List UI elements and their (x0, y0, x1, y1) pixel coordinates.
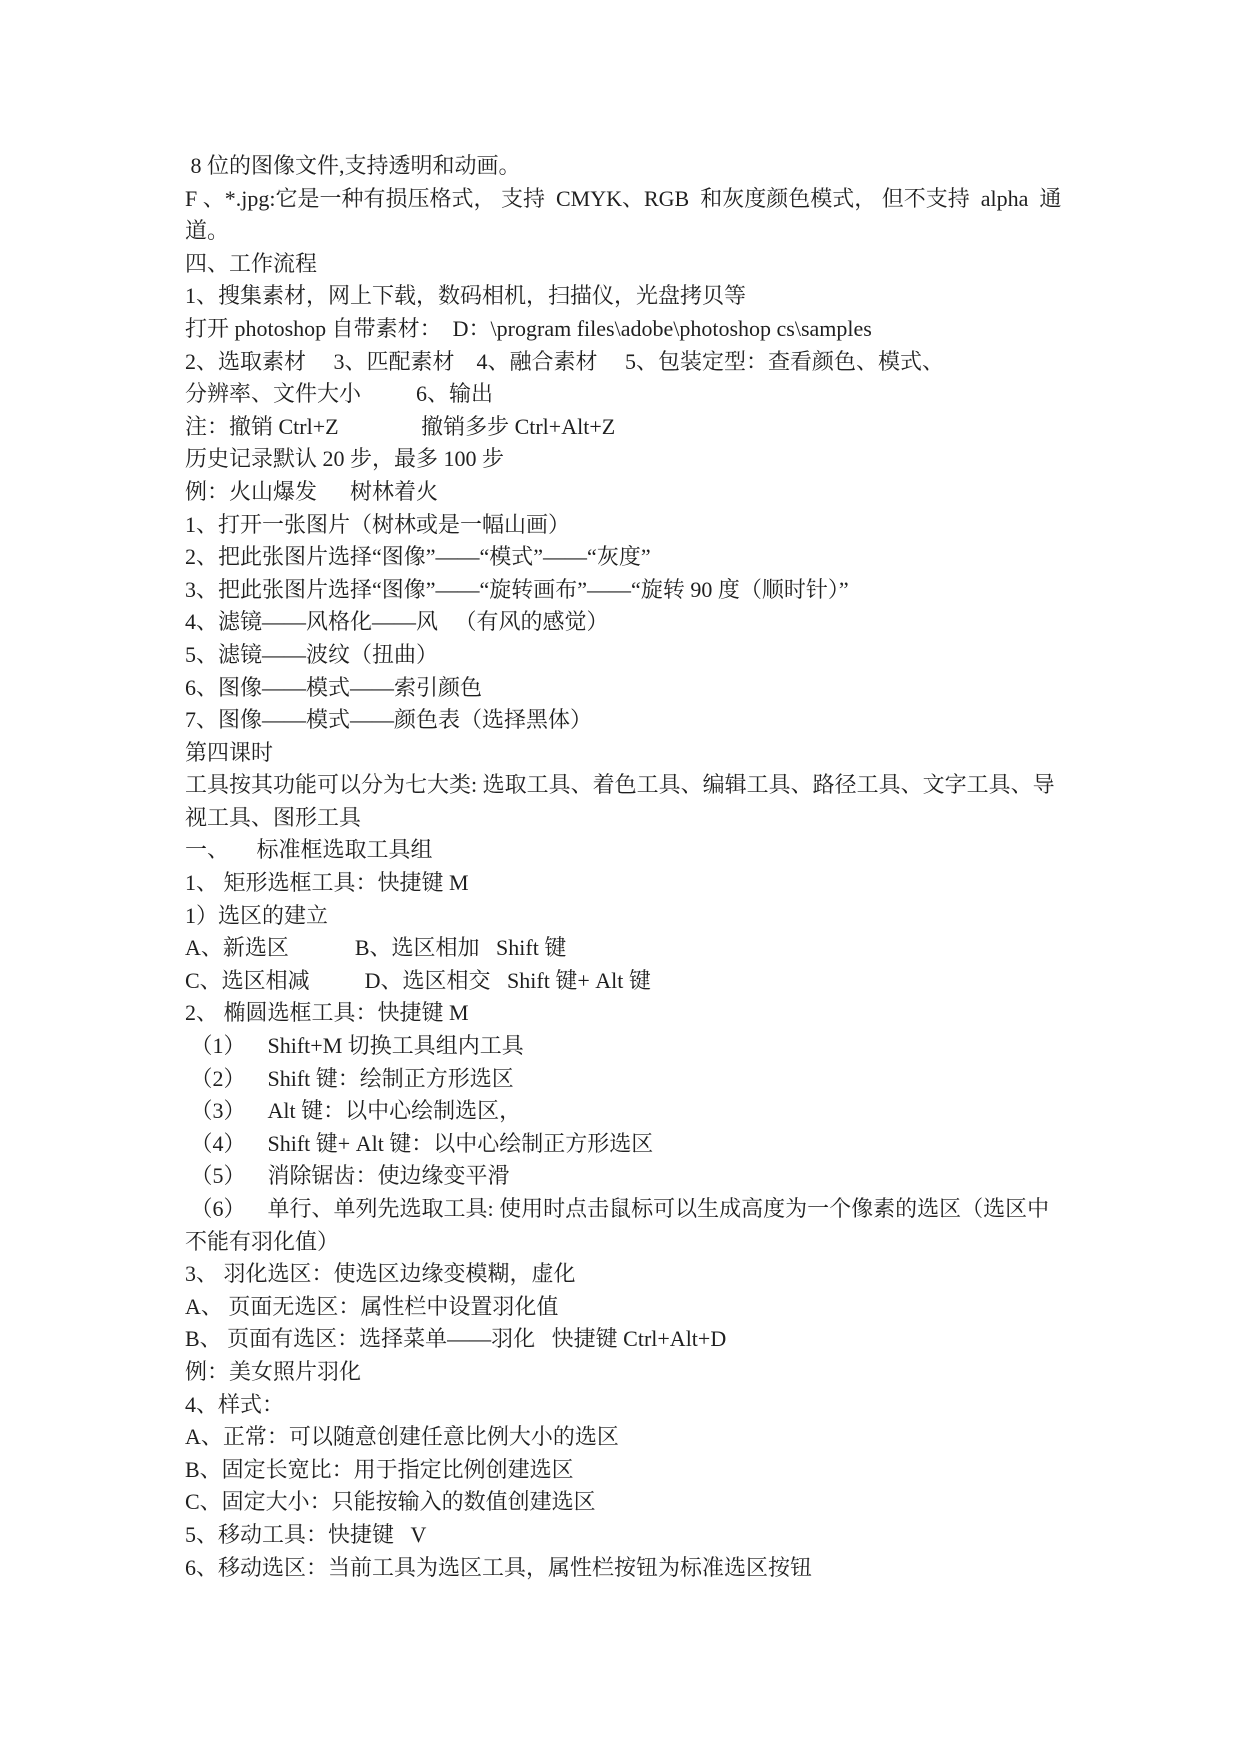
document-line: B、固定长宽比：用于指定比例创建选区 (185, 1454, 1080, 1487)
document-line: 第四课时 (185, 737, 1080, 770)
document-line: 1）选区的建立 (185, 900, 1080, 933)
document-line: 1、搜集素材，网上下载，数码相机，扫描仪，光盘拷贝等 (185, 280, 1080, 313)
document-body: 8 位的图像文件,支持透明和动画。F 、*.jpg:它是一种有损压格式， 支持 … (185, 150, 1080, 1584)
document-line: B、 页面有选区：选择菜单——羽化 快捷键 Ctrl+Alt+D (185, 1323, 1080, 1356)
document-line: 工具按其功能可以分为七大类: 选取工具、着色工具、编辑工具、路径工具、文字工具、… (185, 769, 1080, 802)
document-line: A、正常：可以随意创建任意比例大小的选区 (185, 1421, 1080, 1454)
document-line: 2、 椭圆选框工具：快捷键 M (185, 997, 1080, 1030)
document-line: 8 位的图像文件,支持透明和动画。 (185, 150, 1080, 183)
document-line: 7、图像——模式——颜色表（选择黑体） (185, 704, 1080, 737)
document-page: 8 位的图像文件,支持透明和动画。F 、*.jpg:它是一种有损压格式， 支持 … (0, 0, 1241, 1754)
document-line: 分辨率、文件大小 6、输出 (185, 378, 1080, 411)
document-line: 4、滤镜——风格化——风 （有风的感觉） (185, 606, 1080, 639)
document-line: 四、工作流程 (185, 248, 1080, 281)
document-line: （3） Alt 键：以中心绘制选区， (185, 1095, 1080, 1128)
document-line: 例：火山爆发 树林着火 (185, 476, 1080, 509)
document-line: 打开 photoshop 自带素材： D：\program files\adob… (185, 313, 1080, 346)
document-line: C、选区相减 D、选区相交 Shift 键+ Alt 键 (185, 965, 1080, 998)
document-line: 一、 标准框选取工具组 (185, 834, 1080, 867)
document-line: （6） 单行、单列先选取工具: 使用时点击鼠标可以生成高度为一个像素的选区（选区… (185, 1193, 1080, 1226)
document-line: A、新选区 B、选区相加 Shift 键 (185, 932, 1080, 965)
document-line: 5、滤镜——波纹（扭曲） (185, 639, 1080, 672)
document-line: （4） Shift 键+ Alt 键：以中心绘制正方形选区 (185, 1128, 1080, 1161)
document-line: 2、选取素材 3、匹配素材 4、融合素材 5、包装定型：查看颜色、模式、 (185, 346, 1080, 379)
document-line: 例：美女照片羽化 (185, 1356, 1080, 1389)
document-line: 1、打开一张图片（树林或是一幅山画） (185, 509, 1080, 542)
document-line: 2、把此张图片选择“图像”——“模式”——“灰度” (185, 541, 1080, 574)
document-line: 4、样式： (185, 1389, 1080, 1422)
document-line: （5） 消除锯齿：使边缘变平滑 (185, 1160, 1080, 1193)
document-line: C、固定大小：只能按输入的数值创建选区 (185, 1486, 1080, 1519)
document-line: 道。 (185, 215, 1080, 248)
document-line: 3、 羽化选区：使选区边缘变模糊，虚化 (185, 1258, 1080, 1291)
document-line: 6、图像——模式——索引颜色 (185, 672, 1080, 705)
document-line: 1、 矩形选框工具：快捷键 M (185, 867, 1080, 900)
document-line: （1） Shift+M 切换工具组内工具 (185, 1030, 1080, 1063)
document-line: （2） Shift 键：绘制正方形选区 (185, 1063, 1080, 1096)
document-line: F 、*.jpg:它是一种有损压格式， 支持 CMYK、RGB 和灰度颜色模式，… (185, 183, 1080, 216)
document-line: 视工具、图形工具 (185, 802, 1080, 835)
document-line: 不能有羽化值） (185, 1226, 1080, 1259)
document-line: A、 页面无选区：属性栏中设置羽化值 (185, 1291, 1080, 1324)
document-line: 注：撤销 Ctrl+Z 撤销多步 Ctrl+Alt+Z (185, 411, 1080, 444)
document-line: 3、把此张图片选择“图像”——“旋转画布”——“旋转 90 度（顺时针）” (185, 574, 1080, 607)
document-line: 5、移动工具：快捷键 V (185, 1519, 1080, 1552)
document-line: 6、移动选区：当前工具为选区工具，属性栏按钮为标准选区按钮 (185, 1552, 1080, 1585)
document-line: 历史记录默认 20 步，最多 100 步 (185, 443, 1080, 476)
